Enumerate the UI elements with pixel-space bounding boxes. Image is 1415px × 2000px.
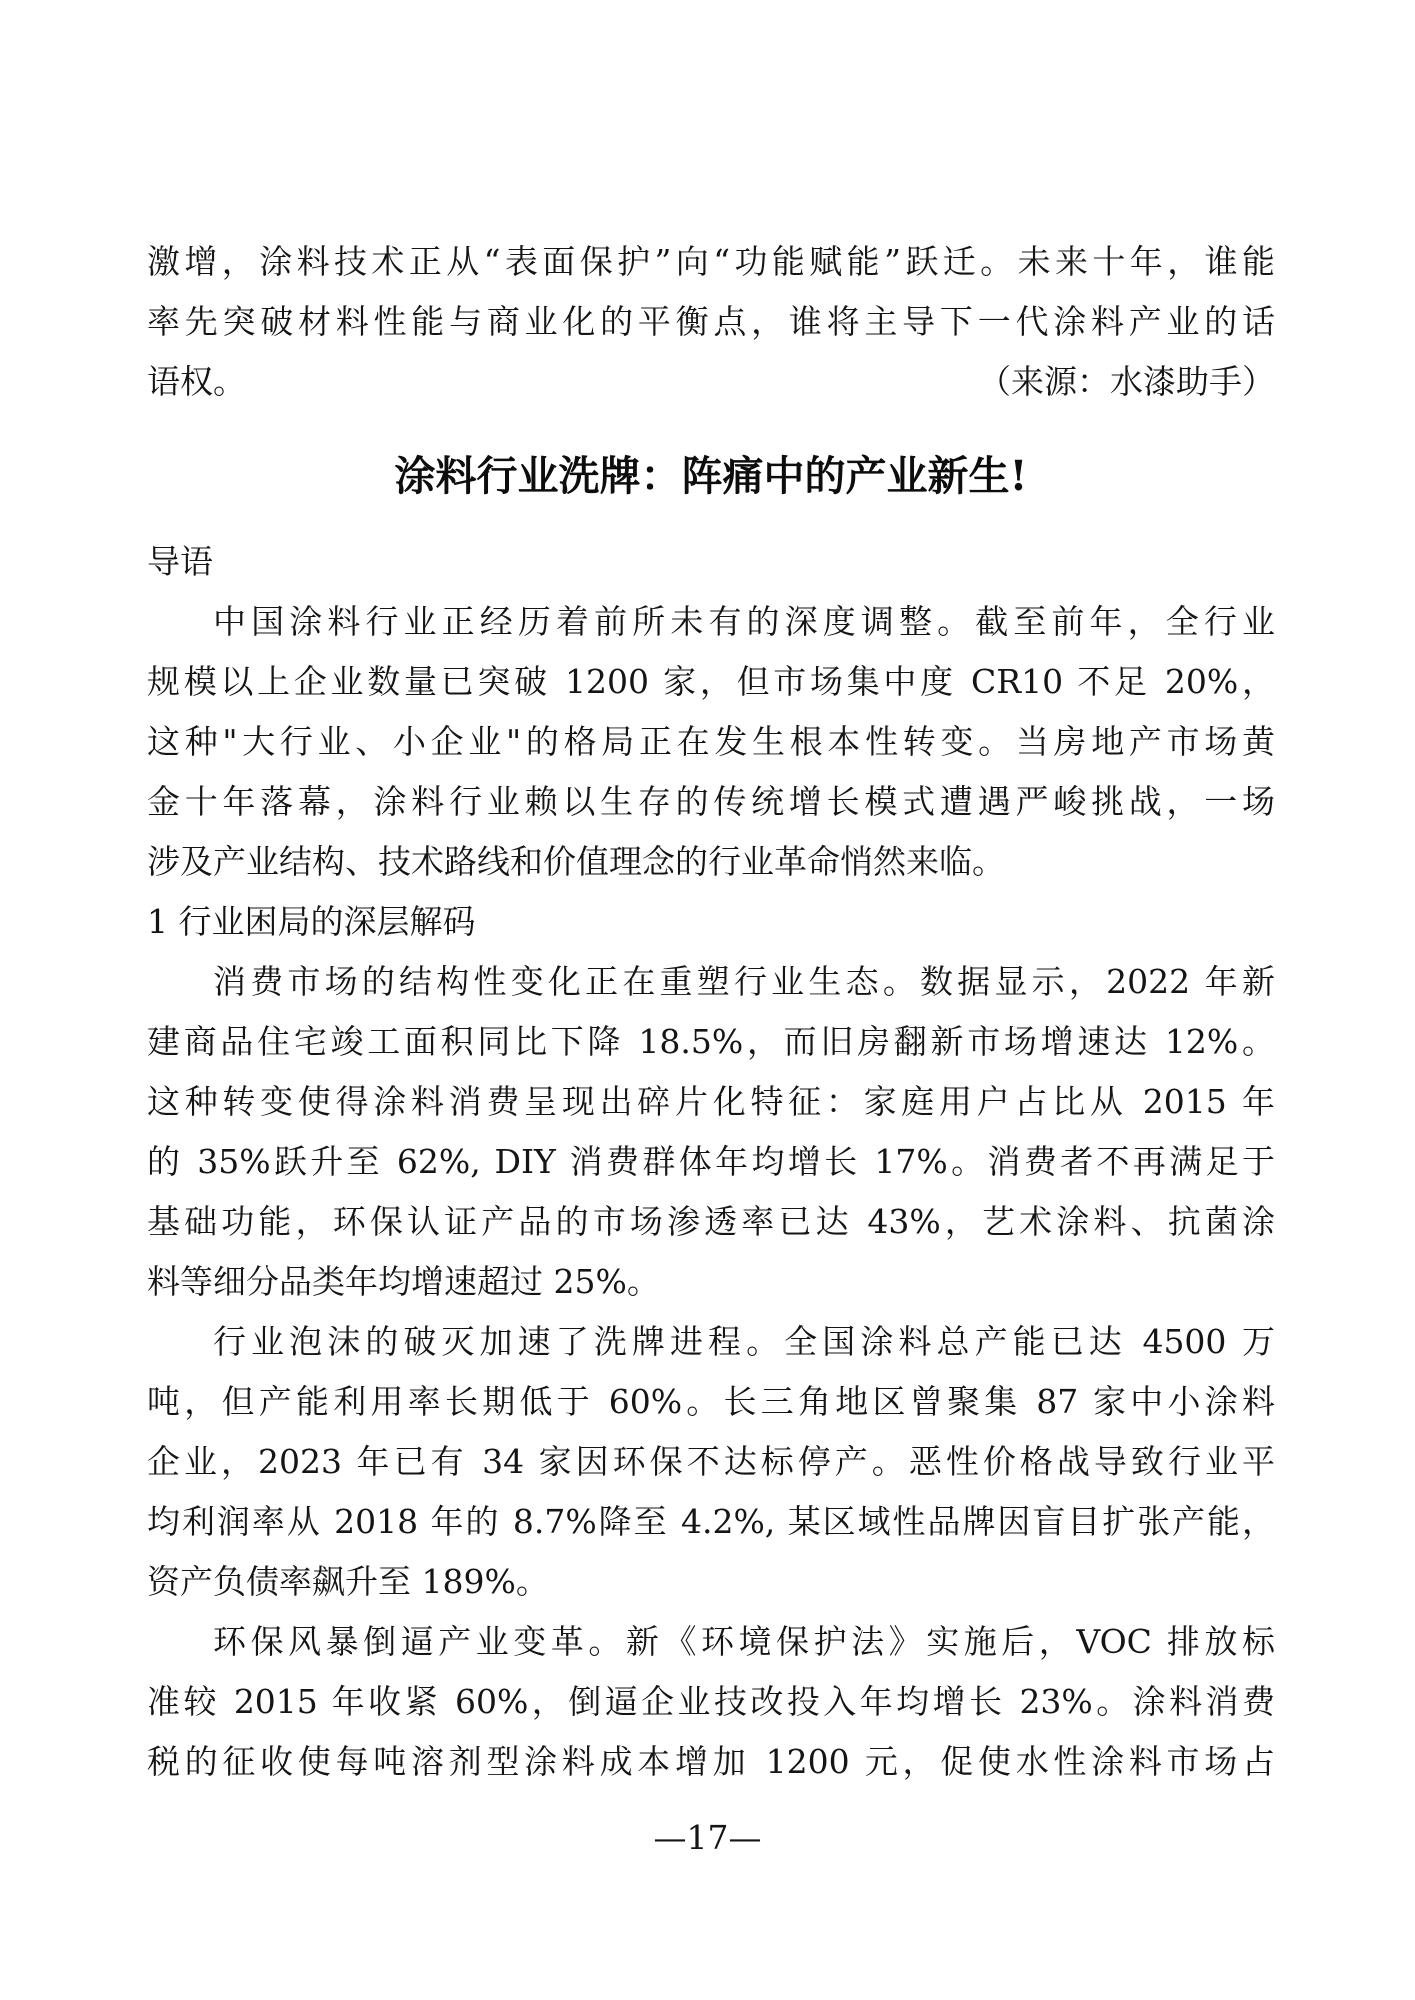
text-line: 料等细分品类年均增速超过 25%。 <box>147 1252 1275 1312</box>
text-line: 资产负债率飙升至 189%。 <box>147 1552 1275 1612</box>
text-line: 导语 <box>147 532 1275 592</box>
text-line: 涉及产业结构、技术路线和价值理念的行业革命悄然来临。 <box>147 832 1275 892</box>
paragraph-end-text: 语权。 <box>147 352 246 412</box>
text-line: 税的征收使每吨溶剂型涂料成本增加 1200 元，促使水性涂料市场占 <box>147 1732 1275 1792</box>
text-line: 规模以上企业数量已突破 1200 家，但市场集中度 CR10 不足 20%， <box>147 652 1275 712</box>
document-body: 激增，涂料技术正从“表面保护”向“功能赋能”跃迁。未来十年，谁能率先突破材料性能… <box>147 232 1275 1792</box>
source-attribution: （来源：水漆助手） <box>978 352 1275 412</box>
text-line: 率先突破材料性能与商业化的平衡点，谁将主导下一代涂料产业的话 <box>147 292 1275 352</box>
text-line: 行业泡沫的破灭加速了洗牌进程。全国涂料总产能已达 4500 万 <box>147 1312 1275 1372</box>
section-heading: 1 行业困局的深层解码 <box>147 892 1275 952</box>
text-line: 的 35%跃升至 62%, DIY 消费群体年均增长 17%。消费者不再满足于 <box>147 1132 1275 1192</box>
text-line: 基础功能，环保认证产品的市场渗透率已达 43%，艺术涂料、抗菌涂 <box>147 1192 1275 1252</box>
text-line: 消费市场的结构性变化正在重塑行业生态。数据显示，2022 年新 <box>147 952 1275 1012</box>
text-line: 环保风暴倒逼产业变革。新《环境保护法》实施后，VOC 排放标 <box>147 1612 1275 1672</box>
page-number: —17— <box>0 1808 1415 1868</box>
text-line-with-source: 语权。（来源：水漆助手） <box>147 352 1275 412</box>
text-line: 这种"大行业、小企业"的格局正在发生根本性转变。当房地产市场黄 <box>147 712 1275 772</box>
text-line: 金十年落幕，涂料行业赖以生存的传统增长模式遭遇严峻挑战，一场 <box>147 772 1275 832</box>
text-line: 这种转变使得涂料消费呈现出碎片化特征：家庭用户占比从 2015 年 <box>147 1072 1275 1132</box>
text-line: 中国涂料行业正经历着前所未有的深度调整。截至前年，全行业 <box>147 592 1275 652</box>
text-line: 均利润率从 2018 年的 8.7%降至 4.2%, 某区域性品牌因盲目扩张产能… <box>147 1492 1275 1552</box>
text-line: 激增，涂料技术正从“表面保护”向“功能赋能”跃迁。未来十年，谁能 <box>147 232 1275 292</box>
text-line: 建商品住宅竣工面积同比下降 18.5%，而旧房翻新市场增速达 12%。 <box>147 1012 1275 1072</box>
text-line: 吨，但产能利用率长期低于 60%。长三角地区曾聚集 87 家中小涂料 <box>147 1372 1275 1432</box>
document-title: 涂料行业洗牌：阵痛中的产业新生! <box>147 440 1275 512</box>
document-page: 激增，涂料技术正从“表面保护”向“功能赋能”跃迁。未来十年，谁能率先突破材料性能… <box>0 0 1415 2000</box>
text-line: 企业，2023 年已有 34 家因环保不达标停产。恶性价格战导致行业平 <box>147 1432 1275 1492</box>
text-line: 准较 2015 年收紧 60%，倒逼企业技改投入年均增长 23%。涂料消费 <box>147 1672 1275 1732</box>
